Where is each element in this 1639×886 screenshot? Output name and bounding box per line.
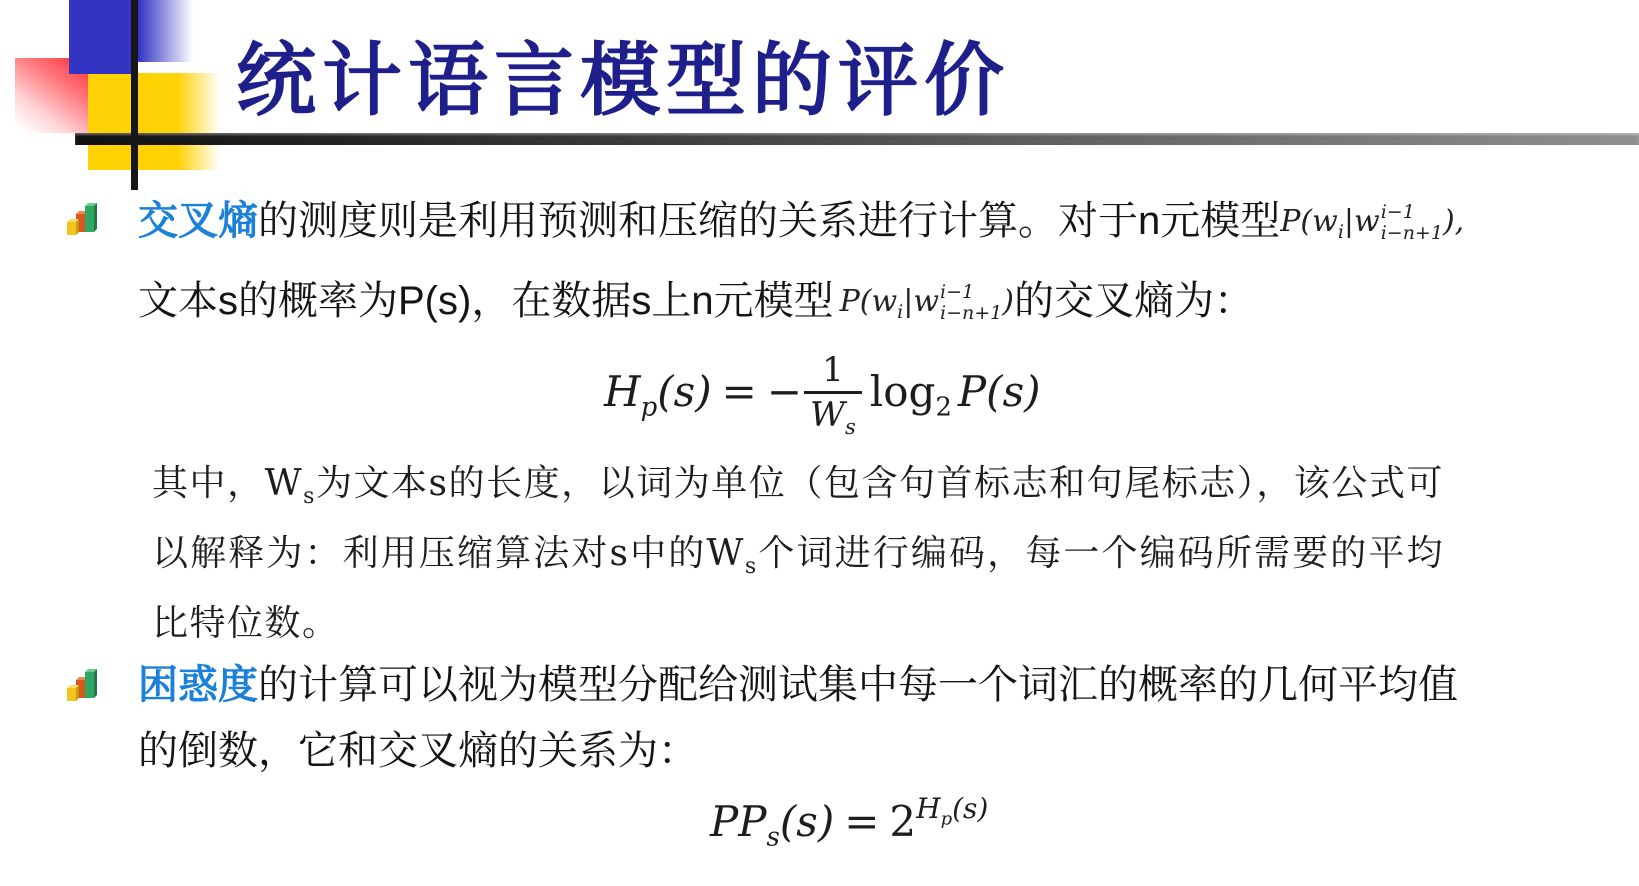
horizontal-divider-bar	[75, 133, 1639, 145]
deco-blue-gradient	[138, 0, 196, 62]
deco-blue-square	[69, 0, 131, 74]
perplexity-formula: PPs(s)=2Hp(s)	[710, 792, 988, 852]
bullet-perplexity: 困惑度的计算可以视为模型分配给测试集中每一个词汇的概率的几何平均值 的倒数，它和…	[138, 652, 1586, 784]
ngram-inline-formula: P(wi|wi−1i−n+1)	[840, 284, 1014, 319]
math-comma: ,	[1455, 204, 1465, 239]
bullet1-line2-text: 文本s的概率为P(s)，在数据s上n元模型	[138, 279, 834, 323]
bar-chart-bullet-icon	[64, 664, 98, 704]
keyword-perplexity: 困惑度	[138, 663, 258, 707]
cross-entropy-formula: Hp(s)=−1Wslog2P(s)	[604, 350, 1041, 440]
ngram-superscript: i−1	[940, 282, 974, 303]
ngram-subscript: i−n+1	[940, 303, 1002, 324]
ngram-superscript: i−1	[1381, 202, 1415, 223]
ngram-subscript: i−n+1	[1381, 223, 1443, 244]
W-subscript: s	[745, 554, 758, 579]
slide-title: 统计语言模型的评价	[236, 16, 1010, 131]
keyword-cross-entropy: 交叉熵	[138, 199, 258, 243]
bullet2-line2-text: 的倒数，它和交叉熵的关系为：	[138, 729, 698, 773]
ngram-inline-formula: P(wi|wi−1i−n+1),	[1280, 204, 1464, 239]
fraction: 1Ws	[804, 350, 862, 440]
slide-canvas: { "title": "统计语言模型的评价", "colors": { "tit…	[0, 0, 1639, 886]
bar-chart-bullet-icon	[64, 198, 98, 238]
bullet1-line1-text: 的测度则是利用预测和压缩的关系进行计算。对于n元模型	[258, 199, 1280, 243]
vertical-divider-bar	[131, 0, 138, 190]
bullet1-line2-tail: 的交叉熵为：	[1014, 279, 1254, 323]
bullet2-line1-text: 的计算可以视为模型分配给测试集中每一个词汇的概率的几何平均值	[258, 663, 1458, 707]
W-subscript: s	[303, 484, 316, 509]
bullet-cross-entropy: 交叉熵的测度则是利用预测和压缩的关系进行计算。对于n元模型P(wi|wi−1i−…	[138, 188, 1586, 348]
exponent: Hp(s)	[916, 792, 988, 825]
explanation-paragraph: 其中，Ws为文本s的长度，以词为单位（包含句首标志和句尾标志），该公式可以解释为…	[152, 455, 1444, 652]
deco-yellow-square	[88, 73, 220, 170]
